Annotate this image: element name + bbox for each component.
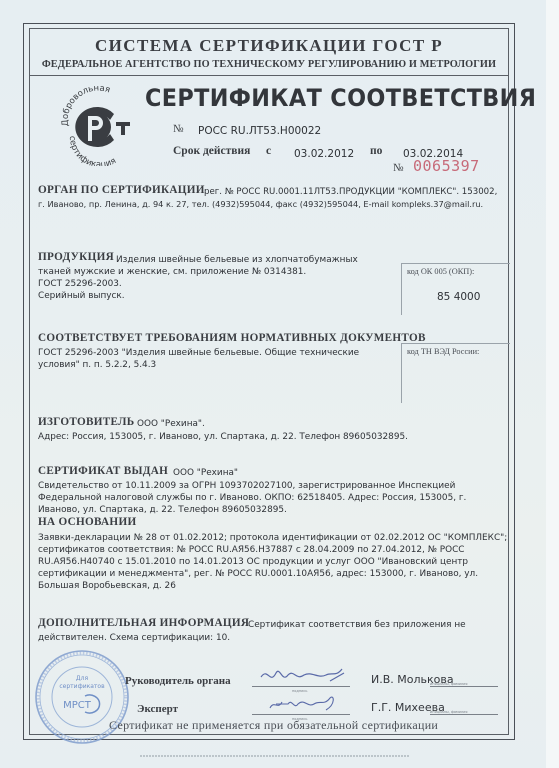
printer-imprint [140,755,410,757]
expert-role-label: Эксперт [137,703,178,715]
additional-info-line2: действителен. Схема сертификации: 10. [38,632,230,645]
okp-code-label: код ОК 005 (ОКП): [407,267,474,276]
expert-name-caption: инициалы, фамилия [430,710,468,714]
expert-signature-icon [264,692,344,716]
head-name-caption: инициалы, фамилия [430,682,468,686]
compliance-line2: условия" п. п. 5.2.2, 5.4.3 [38,359,156,372]
basis-label: НА ОСНОВАНИИ [38,516,136,528]
issued-to-label: СЕРТИФИКАТ ВЫДАН [38,465,168,477]
valid-from-label: с [266,145,271,157]
additional-info-line1: Сертификат соответствия без приложения н… [248,619,466,632]
stamp-text-2: сертификатов [59,683,105,690]
agency-name: ФЕДЕРАЛЬНОЕ АГЕНТСТВО ПО ТЕХНИЧЕСКОМУ РЕ… [29,59,509,70]
certificate-number: РОСС RU.ЛТ53.Н00022 [198,125,321,137]
serial-label: № [393,162,404,174]
valid-to-label: по [370,145,382,157]
stamp-text-1: Для [76,675,89,682]
expert-name-line [430,714,498,715]
product-line3: ГОСТ 25296-2003. [38,278,122,291]
head-role-label: Руководитель органа [125,675,231,687]
head-name-line [430,686,498,687]
valid-from-date: 03.02.2012 [294,148,354,160]
number-label: № [173,123,184,135]
basis-line2: сертификатов соответствия: № РОСС RU.АЯ5… [38,544,464,557]
issued-to-line2: Федеральной налоговой службы по г. Ивано… [38,492,466,505]
additional-info-label: ДОПОЛНИТЕЛЬНАЯ ИНФОРМАЦИЯ [38,617,249,629]
footer-note: Сертификат не применяется при обязательн… [109,718,438,733]
compliance-line1: ГОСТ 25296-2003 "Изделия швейные бельевы… [38,347,359,360]
product-label: ПРОДУКЦИЯ [38,251,114,263]
product-line4: Серийный выпуск. [38,290,125,303]
certification-body-label: ОРГАН ПО СЕРТИФИКАЦИИ [38,184,205,196]
manufacturer-address: Адрес: Россия, 153005, г. Иваново, ул. С… [38,431,408,444]
scan-edge [546,0,559,768]
header-divider [29,75,509,76]
product-line2: тканей мужские и женские, см. приложение… [38,266,306,279]
system-title: СИСТЕМА СЕРТИФИКАЦИИ ГОСТ Р [29,36,509,56]
validity-label: Срок действия [173,145,250,157]
certification-body-line1: рег. № РОСС RU.0001.11ЛТ53.ПРОДУКЦИИ "КО… [204,186,497,199]
basis-line4: сертификации и менеджмента", рег. № РОСС… [38,568,478,581]
basis-line5: Большая Воробьевская, д. 26 [38,580,176,593]
certificate-title: СЕРТИФИКАТ СООТВЕТСТВИЯ [145,84,536,112]
manufacturer-name: ООО "Рехина". [137,418,205,431]
issued-to-line1: Свидетельство от 10.11.2009 за ОГРН 1093… [38,480,455,493]
manufacturer-label: ИЗГОТОВИТЕЛЬ [38,416,134,428]
product-line1: Изделия швейные бельевые из хлопчатобума… [116,254,358,267]
issued-to-line3: Иваново, ул. Спартака, д. 22. Телефон 89… [38,504,287,517]
tnved-code-label: код ТН ВЭД России: [407,347,479,356]
stamp-mark: МРСТ [63,700,92,711]
head-signature-icon [258,663,348,689]
basis-line1: Заявки-декларации № 28 от 01.02.2012; пр… [38,532,507,545]
certification-body-line2: г. Иваново, пр. Ленина, д. 94 к. 27, тел… [38,198,483,211]
rst-logo-icon: Добровольная сертификация [58,86,138,166]
okp-code-value: 85 4000 [437,291,480,303]
basis-line3: RU.АЯ56.Н40740 с 15.01.2010 по 14.01.201… [38,556,468,569]
serial-number: 0065397 [413,157,480,175]
compliance-label: СООТВЕТСТВУЕТ ТРЕБОВАНИЯМ НОРМАТИВНЫХ ДО… [38,332,426,344]
issued-to-name: ООО "Рехина" [173,467,238,480]
